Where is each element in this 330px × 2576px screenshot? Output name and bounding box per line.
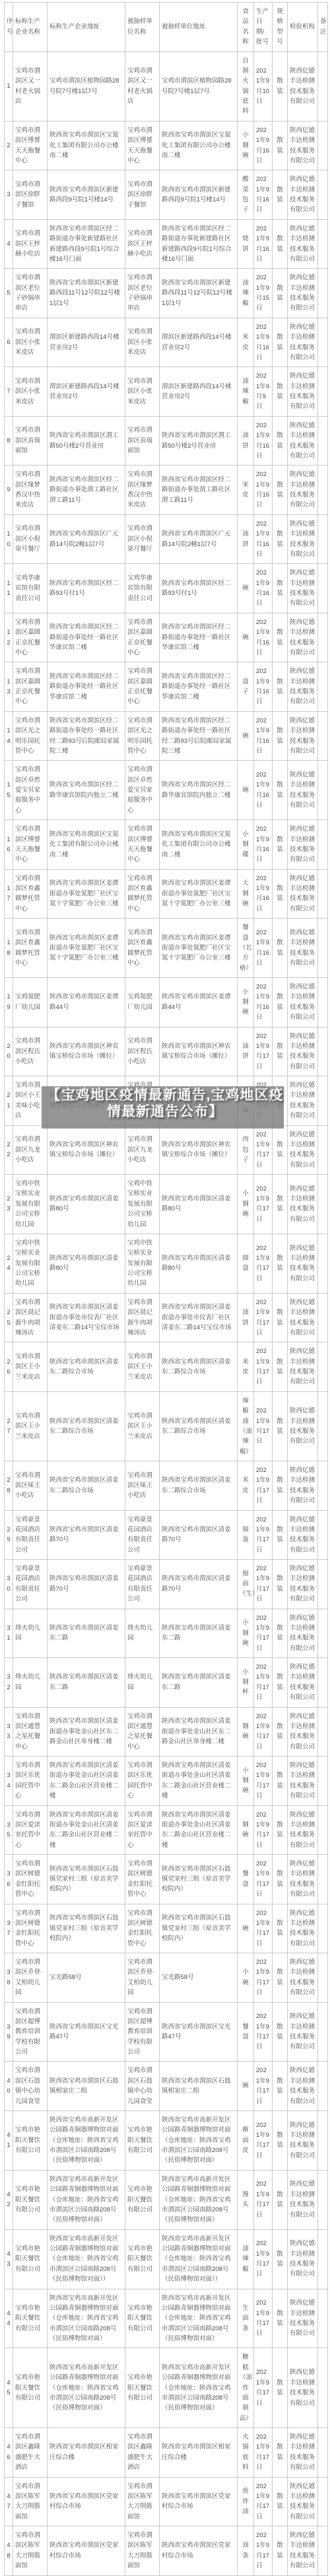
cell-sampled: 宝鸡市渭滨区晨记源牛肉胡辣汤店: [125, 1293, 160, 1342]
cell-agency: 陕西亿德丰达检测技术服务有限公司: [288, 1175, 318, 1234]
cell-sampled_addr: 陕西省宝鸡市高新开发区公园路青铜器博物馆对面（仓库地址：陕西省宝鸡市渭滨区公园南…: [160, 2229, 238, 2289]
cell-producer_addr: 陕西省宝鸡市渭滨区石鼓镇党家村三组（原音美学校院内）: [48, 1855, 125, 1904]
cell-date: 2021年9月16日: [254, 711, 273, 761]
cell-producer_addr: 陕西省宝鸡市渭滨区广元路14号院2幢1层7号: [48, 514, 125, 564]
cell-producer_addr: 陕西省宝鸡市渭滨区神农镇宝桥综合市场（摊位）: [48, 1027, 125, 1076]
watermark: 【宝鸡地区疫情最新通告,宝鸡地区疫 情最新通告公布】: [0, 1087, 330, 1120]
cell-spec: 散装: [273, 761, 288, 820]
cell-date: 2021年9月17日: [254, 2348, 273, 2428]
cell-no: 28: [5, 1461, 13, 1511]
cell-producer_addr: 陕西省宝鸡市渭滨区姜谭路44号: [48, 978, 125, 1027]
cell-spec: 散装: [273, 1461, 288, 1511]
cell-no: 48: [5, 2526, 13, 2576]
cell-sampled: 宝鸡市渭滨区味王小吃店: [125, 1461, 160, 1511]
cell-spec: 散装: [273, 1293, 288, 1342]
table-row: 40宝鸡市渭滨区石鼓镇中心幼儿园食堂陕西省宝鸡市渭滨区石鼓镇相家庄二组宝鸡市渭滨…: [5, 2062, 328, 2111]
cell-agency: 陕西亿德丰达检测技术服务有限公司: [288, 761, 318, 820]
cell-date: 2021年9月16日: [254, 416, 273, 466]
cell-remark: [318, 1125, 328, 1175]
cell-date: 2021年9月17日: [254, 2170, 273, 2229]
cell-sampled: 宝鸡市渭滨区乐优园托管中心: [125, 1757, 160, 1806]
cell-date: 2021年9月17日: [254, 1953, 273, 2003]
cell-producer: 宝鸡市渭滨区缘梦香汉中热米皮店: [13, 466, 48, 515]
cell-agency: 陕西亿德丰达检测技术服务有限公司: [288, 2170, 318, 2229]
table-row: 45宝鸡市艳阳天餐饮有限公司陕西省宝鸡市高新开发区公园路青铜器博物馆对面（仓库地…: [5, 2348, 328, 2428]
cell-sampled_addr: 陕西省宝鸡市渭滨区清姜街道办事处金山社区清姜东二路金山社区营业楼二楼: [160, 1805, 238, 1855]
cell-no: 43: [5, 2229, 13, 2289]
cell-agency: 陕西亿德丰达检测技术服务有限公司: [288, 1953, 318, 2003]
cell-spec: 散装: [273, 52, 288, 121]
cell-spec: 散装: [273, 1707, 288, 1757]
cell-sampled: 宝鸡市渭滨区育鑫圆梦托管中心: [125, 919, 160, 978]
cell-agency: 陕西亿德丰达检测技术服务有限公司: [288, 52, 318, 121]
cell-agency: 陕西亿德丰达检测技术服务有限公司: [288, 121, 318, 170]
cell-agency: 陕西亿德丰达检测技术服务有限公司: [288, 367, 318, 417]
cell-remark: [318, 52, 328, 121]
cell-producer_addr: 陕西省宝鸡市渭滨区经二路街道办事处新建路社区新建路西段9号院1号综合楼16号门面: [48, 219, 125, 269]
cell-no: 2: [5, 121, 13, 170]
cell-no: 37: [5, 1904, 13, 1953]
table-row: 1宝鸡市渭滨区又一村老火锅店宝鸡市渭滨区植物园路28号院7号楼1层7号宝鸡市渭滨…: [5, 52, 328, 121]
cell-sampled: 宝鸡市艳阳天餐饮有限公司: [125, 2170, 160, 2229]
cell-remark: [318, 2062, 328, 2111]
cell-producer: 宝鸡市渭滨区通慧之星托餐中心: [13, 1707, 48, 1757]
cell-sampled: 宝鸡中铁宝桥实业发展有限公司宝桥幼儿园: [125, 1175, 160, 1234]
header-date: 生产日期/批号: [254, 3, 273, 52]
cell-food: 大钢碗: [238, 869, 254, 919]
cell-no: 38: [5, 1953, 13, 2003]
cell-spec: 散装: [273, 919, 288, 978]
cell-remark: [318, 2526, 328, 2576]
cell-producer: 宝鸡市艳阳天餐饮有限公司: [13, 2170, 48, 2229]
cell-producer: 宝鸡市渭滨区博赟天天拖餐中心: [13, 820, 48, 870]
cell-sampled: 宝鸡市渭滨区陈军大刀削筋面馆: [125, 2477, 160, 2526]
cell-agency: 陕西亿德丰达检测技术服务有限公司: [288, 416, 318, 466]
cell-spec: 散装: [273, 1560, 288, 1609]
cell-sampled: 宝鸡市渭滨区陈军大刀削筋面馆: [125, 2526, 160, 2576]
table-row: 20宝鸡市渭滨区程氏小吃店陕西省宝鸡市渭滨区神农镇宝桥综合市场（摊位）宝鸡市渭滨…: [5, 1027, 328, 1076]
cell-agency: 陕西亿德丰达检测技术服务有限公司: [288, 2477, 318, 2526]
cell-producer_addr: 陕西省宝鸡市渭滨区宝光路47号: [48, 2002, 125, 2062]
cell-agency: 陕西亿德丰达检测技术服务有限公司: [288, 2428, 318, 2478]
cell-food: 锅盔: [238, 1510, 254, 1560]
cell-sampled: 宝鸡华康宾馆有限责任公司: [125, 564, 160, 613]
cell-sampled: 宝鸡氮肥厂幼儿园: [125, 978, 160, 1027]
cell-remark: [318, 1855, 328, 1904]
cell-remark: [318, 367, 328, 417]
table-row: 15宝鸡市渭滨区卓然爱宝贝家庭服务中心陕西省宝鸡市渭滨区经二路华康宾馆院内独立二…: [5, 761, 328, 820]
cell-spec: 散装: [273, 820, 288, 870]
cell-date: 2021年9月17日: [254, 2526, 273, 2576]
table-row: 25宝鸡市渭滨区晨记源牛肉胡辣汤店陕西省宝鸡市渭滨区清姜街道办事处市仪表厂社区清…: [5, 1293, 328, 1342]
cell-remark: [318, 170, 328, 220]
cell-date: 2021年9月16日: [254, 318, 273, 367]
cell-date: 2021年9月17日: [254, 1707, 273, 1757]
table-row: 2宝鸡市渭滨区博赟天天拖餐中心陕西省宝鸡市渭滨区宝氮化工集团有限公司办公楼南二楼…: [5, 121, 328, 170]
cell-remark: [318, 1707, 328, 1757]
cell-remark: [318, 416, 328, 466]
cell-producer: 宝鸡市渭滨区陈军大刀削筋面馆: [13, 2477, 48, 2526]
cell-sampled_addr: 陕西省宝鸡市渭滨区神农镇宝桥综合市场（摊位）: [160, 1125, 238, 1175]
cell-producer_addr: 陕西省宝鸡市渭滨区姜谭街道办事处氮肥厂社区宝氮十字氮肥厂办公室三楼: [48, 919, 125, 978]
cell-date: 2021年9月17日: [254, 2477, 273, 2526]
cell-food: 米皮: [238, 318, 254, 367]
cell-no: 18: [5, 919, 13, 978]
cell-producer: 宝鸡市渭滨区树德金红阳托管中心: [13, 1855, 48, 1904]
cell-producer: 烽火幼儿园: [13, 1658, 48, 1708]
cell-agency: 陕西亿德丰达检测技术服务有限公司: [288, 219, 318, 269]
cell-spec: 散装: [273, 219, 288, 269]
cell-sampled_addr: 陕西省宝鸡市渭滨区清姜街道办事处市仪表厂社区清姜东二路14号宝仪市场: [160, 1293, 238, 1342]
cell-sampled: 宝鸡市渭滨区树德金红阳托管中心: [125, 1904, 160, 1953]
table-row: 35宝鸡市渭滨区爱读室托管中心陕西省宝鸡市渭滨区清姜街道办事处金山社区清姜东二路…: [5, 1805, 328, 1855]
cell-agency: 陕西亿德丰达检测技术服务有限公司: [288, 1757, 318, 1806]
cell-producer_addr: 宝光路58号: [48, 1953, 125, 2003]
cell-agency: 陕西亿德丰达检测技术服务有限公司: [288, 2526, 318, 2576]
cell-no: 47: [5, 2477, 13, 2526]
table-row: 5宝鸡市渭滨区老位子砂锅串串店陕西省宝鸡市渭滨区新建路西段11号12号院12号楼…: [5, 269, 328, 318]
cell-spec: 散装: [273, 564, 288, 613]
cell-date: 2021年9月17日: [254, 1855, 273, 1904]
table-row: 38宝鸡市渭滨区乔登·艾柏幼儿园宝光路58号宝鸡市渭滨区乔登·艾柏幼儿园宝光路5…: [5, 1953, 328, 2003]
cell-date: 2021年9月17日: [254, 1609, 273, 1658]
cell-no: 16: [5, 820, 13, 870]
cell-food: 生面条: [238, 2289, 254, 2348]
cell-remark: [318, 1953, 328, 2003]
cell-sampled: 宝鸡市渭滨区小倪柒号餐厅: [125, 514, 160, 564]
cell-remark: [318, 1175, 328, 1234]
cell-no: 42: [5, 2170, 13, 2229]
cell-producer: 宝鸡中铁宝桥实业发展有限公司宝桥幼儿园: [13, 1175, 48, 1234]
cell-producer_addr: 陕西省宝鸡市渭滨区清姜路80号: [48, 1175, 125, 1234]
cell-no: 40: [5, 2062, 13, 2111]
cell-producer_addr: 陕西省宝鸡市渭滨区清姜东二路综合市场: [48, 1461, 125, 1511]
cell-sampled: 宝鸡市渭滨区博赟天天拖餐中心: [125, 121, 160, 170]
cell-agency: 陕西亿德丰达检测技术服务有限公司: [288, 820, 318, 870]
cell-sampled_addr: 陕西省宝鸡市渭滨区清姜东二路: [160, 1609, 238, 1658]
cell-remark: [318, 2477, 328, 2526]
cell-producer_addr: 陕西省宝鸡市渭滨区石鼓镇党家村三组（原音美学校院内）: [48, 1904, 125, 1953]
cell-sampled_addr: 陕西省宝鸡市渭滨区经二路街道办事处经一路社区华康宾馆二楼: [160, 662, 238, 712]
header-producer: 标称生产企业名称: [13, 3, 48, 52]
cell-date: 2021年9月17日: [254, 1510, 273, 1560]
cell-food: 油条: [238, 2526, 254, 2576]
cell-no: 46: [5, 2428, 13, 2478]
cell-sampled_addr: 陕西省宝鸡市渭滨区党家村综合市场: [160, 2526, 238, 2576]
cell-remark: [318, 2229, 328, 2289]
cell-remark: [318, 2170, 328, 2229]
cell-no: 12: [5, 613, 13, 662]
cell-remark: [318, 2428, 328, 2478]
cell-food: 擀面皮: [238, 2110, 254, 2170]
cell-date: 2021年9月17日: [254, 1125, 273, 1175]
cell-food: 米皮: [238, 1461, 254, 1511]
cell-remark: [318, 466, 328, 515]
cell-food: 盘子: [238, 662, 254, 712]
cell-producer: 宝鸡市渭滨区博赟天天拖餐中心: [13, 121, 48, 170]
cell-producer_addr: 陕西省宝鸡市渭滨区清姜路80号: [48, 1234, 125, 1293]
cell-date: 2021年9月17日: [254, 1658, 273, 1708]
cell-spec: 散装: [273, 2002, 288, 2062]
cell-no: 35: [5, 1805, 13, 1855]
cell-producer_addr: 陕西省宝鸡市渭滨区清姜路70号: [48, 1560, 125, 1609]
table-row: 3宝鸡市渭滨区徐胖子餐馆陕西省宝鸡市渭滨区新建路西段9号院1号楼14号宝鸡市渭滨…: [5, 170, 328, 220]
cell-remark: [318, 869, 328, 919]
table-row: 22宝鸡市渭滨区九龙小吃店陕西省宝鸡市渭滨区神农镇宝桥综合市场（摊位）宝鸡市渭滨…: [5, 1125, 328, 1175]
cell-agency: 陕西亿德丰达检测技术服务有限公司: [288, 1707, 318, 1757]
cell-producer_addr: 陕西省宝鸡市高新开发区公园路青铜器博物馆对面（仓库地址：陕西省宝鸡市渭滨区公园南…: [48, 2110, 125, 2170]
cell-no: 19: [5, 978, 13, 1027]
cell-no: 9: [5, 466, 13, 515]
cell-food: 碗: [238, 711, 254, 761]
cell-agency: 陕西亿德丰达检测技术服务有限公司: [288, 919, 318, 978]
cell-producer: 宝鸡市渭滨区爱读室托管中心: [13, 1805, 48, 1855]
cell-sampled: 宝鸡市渭滨区石鼓镇中心幼儿园食堂: [125, 2062, 160, 2111]
cell-spec: 散装: [273, 662, 288, 712]
cell-sampled: 宝鸡市渭滨区超博教育培训学校有限公司: [125, 2002, 160, 2062]
table-row: 32烽火幼儿园陕西省宝鸡市渭滨区清姜东二路烽火幼儿园陕西省宝鸡市渭滨区清姜东二路…: [5, 1658, 328, 1708]
cell-producer: 宝鸡市渭滨区又一村老火锅店: [13, 52, 48, 121]
cell-remark: [318, 219, 328, 269]
cell-sampled: 宝鸡市艳阳天餐饮有限公司: [125, 2289, 160, 2348]
cell-producer_addr: 陕西省宝鸡市渭滨区清姜路70号: [48, 1510, 125, 1560]
cell-food: 糖糕（油炸面制品）: [238, 2348, 254, 2428]
cell-sampled: 宝鸡市渭滨区又一村老火锅店: [125, 52, 160, 121]
cell-agency: 陕西亿德丰达检测技术服务有限公司: [288, 1510, 318, 1560]
cell-sampled_addr: 陕西省宝鸡市渭滨区石鼓镇相家庄二组: [160, 2062, 238, 2111]
cell-sampled: 烽火幼儿园: [125, 1658, 160, 1708]
cell-sampled_addr: 陕西省宝鸡市高新开发区公园路青铜器博物馆对面（仓库地址：陕西省宝鸡市渭滨区公园南…: [160, 2110, 238, 2170]
cell-sampled_addr: 陕西省宝鸡市渭滨区清姜路70号: [160, 1560, 238, 1609]
cell-remark: [318, 514, 328, 564]
cell-sampled: 宝鸡市艳阳天餐饮有限公司: [125, 2110, 160, 2170]
cell-producer: 宝鸡市渭滨区卓然爱宝贝家庭服务中心: [13, 761, 48, 820]
cell-agency: 陕西亿德丰达检测技术服务有限公司: [288, 1658, 318, 1708]
cell-producer: 宝鸡市渭滨区乐优园托管中心: [13, 1757, 48, 1806]
cell-remark: [318, 1904, 328, 1953]
cell-sampled: 宝鸡市渭滨区光之明乐园托管中心: [125, 711, 160, 761]
cell-producer_addr: 陕西省宝鸡市高新开发区公园路青铜器博物馆对面（仓库地址：陕西省宝鸡市渭滨区公园南…: [48, 2170, 125, 2229]
cell-sampled: 烽火幼儿园: [125, 1609, 160, 1658]
cell-producer: 宝鸡市渭滨区乔登·艾柏幼儿园: [13, 1953, 48, 2003]
cell-producer: 宝鸡市渭滨区陈军大刀削筋面馆: [13, 2526, 48, 2576]
cell-sampled_addr: 陕西省宝鸡市渭滨区石鼓镇党家村三组（原音美学校院内）: [160, 1855, 238, 1904]
cell-sampled_addr: 陕西省宝鸡市渭滨区姜谭街道办事处氮肥厂社区宝氮十字氮肥厂办公室三楼: [160, 869, 238, 919]
cell-producer_addr: 陕西省宝鸡市渭滨区经二路街道办事处经一路社区华康宾馆二楼: [48, 613, 125, 662]
cell-producer_addr: 陕西省宝鸡市渭滨区姜谭街道办事处氮肥厂社区宝氮十字氮肥厂办公室三楼: [48, 869, 125, 919]
table-row: 16宝鸡市渭滨区博赟天天拖餐中心陕西省宝鸡市渭滨区宝氮化工集团有限公司办公楼南二…: [5, 820, 328, 870]
cell-sampled_addr: 宝光路58号: [160, 1953, 238, 2003]
cell-no: 6: [5, 318, 13, 367]
cell-remark: [318, 1293, 328, 1342]
cell-sampled_addr: 渭滨区新建路西段14号楼营业房2号: [160, 367, 238, 417]
cell-remark: [318, 1342, 328, 1392]
cell-sampled: 宝鸡市渭滨区缘梦香汉中热米皮店: [125, 466, 160, 515]
table-row: 29宝鸡豪景花园酒店有限责任公司陕西省宝鸡市渭滨区清姜路70号宝鸡豪景花园酒店有…: [5, 1510, 328, 1560]
cell-food: 油饼: [238, 1293, 254, 1342]
cell-producer_addr: 陕西省宝鸡市高新开发区公园路青铜器博物馆对面（仓库地址：陕西省宝鸡市渭滨区公园南…: [48, 2289, 125, 2348]
cell-sampled: 宝鸡市渭滨区老位子砂锅串串店: [125, 269, 160, 318]
cell-date: 2021年9月17日: [254, 1342, 273, 1392]
cell-producer: 宝鸡市渭滨区小张米皮店: [13, 318, 48, 367]
cell-food: 钢碗: [238, 1707, 254, 1757]
cell-sampled_addr: 陕西省宝鸡市渭滨区清姜东二路综合市场: [160, 1391, 238, 1461]
cell-sampled_addr: 陕西省宝鸡市渭滨区经二路街道办事处新建路社区新建路西段9号院1号综合楼16号门面: [160, 219, 238, 269]
cell-producer_addr: 陕西省宝鸡市渭滨区清姜街道办事处金山社区清姜东二路金山社区营业楼二楼: [48, 1757, 125, 1806]
header-sampled_addr: 被抽样单位地址: [160, 3, 238, 52]
cell-producer_addr: 陕西省宝鸡市渭滨区经二路街道办事处渭工路社区渭工路11号: [48, 466, 125, 515]
cell-food: 米皮: [238, 466, 254, 515]
cell-producer: 宝鸡市渭滨区小张米皮店: [13, 367, 48, 417]
cell-date: 2021年9月17日: [254, 1461, 273, 1511]
cell-sampled: 宝鸡市渭滨区育鑫圆梦托管中心: [125, 869, 160, 919]
cell-no: 24: [5, 1234, 13, 1293]
cell-food: 馒头: [238, 2170, 254, 2229]
cell-producer_addr: 陕西省宝鸡市渭滨区经二路街道办事处经一路社区华康宾馆二楼: [48, 662, 125, 712]
cell-sampled: 宝鸡豪景花园酒店有限责任公司: [125, 1510, 160, 1560]
cell-sampled_addr: 陕西省宝鸡市渭滨区经二路街道办事处经一路社区华康宾馆二楼: [160, 613, 238, 662]
cell-spec: 散装: [273, 318, 288, 367]
cell-sampled: 宝鸡市渭滨区卓然爱宝贝家庭服务中心: [125, 761, 160, 820]
table-row: 41宝鸡市艳阳天餐饮有限公司陕西省宝鸡市高新开发区公园路青铜器博物馆对面（仓库地…: [5, 2110, 328, 2170]
cell-food: 自制火锅底料: [238, 52, 254, 121]
cell-sampled_addr: 陕西省宝鸡市渭滨区清姜街道办事处金山社区清姜东二路金山社区营业楼二楼: [160, 1757, 238, 1806]
cell-date: 2021年9月16日: [254, 170, 273, 220]
cell-remark: [318, 1027, 328, 1076]
cell-spec: 散装: [273, 1904, 288, 1953]
table-row: 7宝鸡市渭滨区小张米皮店渭滨区新建路西段14号楼营业房2号宝鸡市渭滨区小张米皮店…: [5, 367, 328, 417]
cell-date: 2021年9月17日: [254, 1391, 273, 1461]
cell-no: 25: [5, 1293, 13, 1342]
cell-producer_addr: 陕西省宝鸡市渭滨区党家村综合市场: [48, 2477, 125, 2526]
cell-producer_addr: 陕西省宝鸡市渭滨区清姜街道办事处金山社区东二路金山社区单身楼二楼: [48, 1707, 125, 1757]
cell-food: 碗: [238, 1904, 254, 1953]
cell-no: 45: [5, 2348, 13, 2428]
cell-sampled: 宝鸡市渭滨区徐胖子餐馆: [125, 170, 160, 220]
header-producer_addr: 标称生产企业地址: [48, 3, 125, 52]
cell-food: 煎炸油: [238, 2477, 254, 2526]
table-row: 42宝鸡市艳阳天餐饮有限公司陕西省宝鸡市高新开发区公园路青铜器博物馆对面（仓库地…: [5, 2170, 328, 2229]
cell-agency: 陕西亿德丰达检测技术服务有限公司: [288, 1805, 318, 1855]
cell-producer_addr: 陕西省宝鸡市渭滨区石鼓镇相家庄二组: [48, 2062, 125, 2111]
cell-remark: [318, 564, 328, 613]
header-spec: 规格型号: [273, 3, 288, 52]
cell-date: 2021年9月10日: [254, 52, 273, 121]
table-row: 47宝鸡市渭滨区陈军大刀削筋面馆陕西省宝鸡市渭滨区党家村综合市场宝鸡市渭滨区陈军…: [5, 2477, 328, 2526]
cell-producer_addr: 陕西省宝鸡市渭滨区清姜东二路综合市场: [48, 1391, 125, 1461]
cell-spec: 散装: [273, 121, 288, 170]
cell-spec: 散装: [273, 1342, 288, 1392]
cell-producer: 宝鸡市渭滨区王小兰米皮店: [13, 1391, 48, 1461]
cell-agency: 陕西亿德丰达检测技术服务有限公司: [288, 1391, 318, 1461]
cell-producer: 宝鸡市渭滨区苗瑞面馆: [13, 416, 48, 466]
cell-agency: 陕西亿德丰达检测技术服务有限公司: [288, 1342, 318, 1392]
cell-spec: 散装: [273, 711, 288, 761]
cell-sampled_addr: 陕西省宝鸡市渭滨区清姜街道办事处金山社区东二路金山社区单身楼二楼: [160, 1707, 238, 1757]
cell-sampled_addr: 陕西省宝鸡市渭滨区清姜路70号: [160, 1510, 238, 1560]
cell-spec: 散装: [273, 1757, 288, 1806]
cell-food: 油辣椒: [238, 367, 254, 417]
cell-food: 圆盘: [238, 1234, 254, 1293]
cell-sampled_addr: 陕西省宝鸡市高新开发区公园路青铜器博物馆对面（仓库地址：陕西省宝鸡市渭滨区公园南…: [160, 2289, 238, 2348]
cell-date: 2021年9月16日: [254, 613, 273, 662]
cell-sampled: 宝鸡市渭滨区嘉圆正京托餐中心: [125, 613, 160, 662]
table-row: 36宝鸡市渭滨区树德金红阳托管中心陕西省宝鸡市渭滨区石鼓镇党家村三组（原音美学校…: [5, 1855, 328, 1904]
table-row: 46宝鸡市渭滨区鑫隆盛肥牛大酒店陕西省宝鸡市渭滨区相家庄综合楼宝鸡市渭滨区鑫隆盛…: [5, 2428, 328, 2478]
cell-sampled: 宝鸡市渭滨区王梓赫小吃店: [125, 219, 160, 269]
cell-food: 小钢碗: [238, 121, 254, 170]
cell-spec: 散装: [273, 2229, 288, 2289]
table-row: 30宝鸡豪景花园酒店有限责任公司陕西省宝鸡市渭滨区清姜路70号宝鸡豪景花园酒店有…: [5, 1560, 328, 1609]
cell-sampled: 宝鸡中铁宝桥实业发展有限公司宝桥幼儿园: [125, 1234, 160, 1293]
header-no: 序号: [5, 3, 13, 52]
cell-date: 2021年9月16日: [254, 919, 273, 978]
cell-sampled_addr: 陕西省宝鸡市渭滨区经二路街道办事处经一路社区经二路93号后院邮局家属院三楼: [160, 711, 238, 761]
cell-no: 13: [5, 662, 13, 712]
cell-producer_addr: 陕西省宝鸡市渭滨区党家村综合市场: [48, 2526, 125, 2576]
cell-no: 5: [5, 269, 13, 318]
cell-no: 23: [5, 1175, 13, 1234]
cell-remark: [318, 1757, 328, 1806]
table-row: 13宝鸡市渭滨区嘉圆正京托餐中心陕西省宝鸡市渭滨区经二路街道办事处经一路社区华康…: [5, 662, 328, 712]
cell-no: 30: [5, 1560, 13, 1609]
cell-date: 2021年9月16日: [254, 978, 273, 1027]
cell-sampled: 宝鸡市渭滨区小张米皮店: [125, 367, 160, 417]
cell-date: 2021年9月9日: [254, 367, 273, 417]
cell-remark: [318, 613, 328, 662]
header-food: 食品名称: [238, 3, 254, 52]
cell-producer_addr: 陕西省宝鸡市高新开发区公园路青铜器博物馆对面（仓库地址：陕西省宝鸡市渭滨区公园南…: [48, 2348, 125, 2428]
cell-spec: 散装: [273, 2526, 288, 2576]
cell-date: 2021年9月17日: [254, 1027, 273, 1076]
cell-sampled_addr: 陕西省宝鸡市渭滨区姜谭街道办事处氮肥厂社区宝氮十字氮肥厂办公室三楼: [160, 919, 238, 978]
cell-remark: [318, 761, 328, 820]
cell-food: 肉包子: [238, 1125, 254, 1175]
cell-agency: 陕西亿德丰达检测技术服务有限公司: [288, 564, 318, 613]
table-header-row: 序号标称生产企业名称标称生产企业地址被抽样单位名称被抽样单位地址食品名称生产日期…: [5, 3, 328, 52]
cell-no: 36: [5, 1855, 13, 1904]
cell-agency: 陕西亿德丰达检测技术服务有限公司: [288, 1234, 318, 1293]
table-row: 8宝鸡市渭滨区苗瑞面馆陕西省宝鸡市渭滨区渭工路50号楼2号营业房宝鸡市渭滨区苗瑞…: [5, 416, 328, 466]
cell-food: 小钢碗: [238, 1175, 254, 1234]
cell-producer: 宝鸡市渭滨区石鼓镇中心幼儿园食堂: [13, 2062, 48, 2111]
cell-sampled_addr: 陕西省宝鸡市渭滨区宝光路47号: [160, 2002, 238, 2062]
cell-sampled_addr: 陕西省宝鸡市渭滨区清姜路80号: [160, 1234, 238, 1293]
table-row: 34宝鸡市渭滨区乐优园托管中心陕西省宝鸡市渭滨区清姜街道办事处金山社区清姜东二路…: [5, 1757, 328, 1806]
cell-agency: 陕西亿德丰达检测技术服务有限公司: [288, 2229, 318, 2289]
cell-spec: 散装: [273, 466, 288, 515]
cell-producer: 宝鸡中铁宝桥实业发展有限公司宝桥幼儿园: [13, 1234, 48, 1293]
cell-producer_addr: 陕西省宝鸡市渭滨区经二路93号付1号: [48, 564, 125, 613]
cell-no: 8: [5, 416, 13, 466]
cell-producer: 宝鸡氮肥厂幼儿园: [13, 978, 48, 1027]
cell-producer_addr: 陕西省宝鸡市渭滨区清姜街道办事处金山社区清姜东二路金山社区营业楼二楼: [48, 1805, 125, 1855]
watermark-line-2: 情最新通告公布】: [0, 1103, 330, 1120]
watermark-line-1: 【宝鸡地区疫情最新通告,宝鸡地区疫: [0, 1087, 330, 1103]
cell-spec: 散装: [273, 1953, 288, 2003]
cell-remark: [318, 1658, 328, 1708]
cell-date: 2021年9月17日: [254, 2002, 273, 2062]
cell-producer_addr: 陕西省宝鸡市渭滨区渭工路50号楼2号营业房: [48, 416, 125, 466]
table-row: 44宝鸡市艳阳天餐饮有限公司陕西省宝鸡市高新开发区公园路青铜器博物馆对面（仓库地…: [5, 2289, 328, 2348]
table-row: 9宝鸡市渭滨区缘梦香汉中热米皮店陕西省宝鸡市渭滨区经二路街道办事处渭工路社区渭工…: [5, 466, 328, 515]
cell-agency: 陕西亿德丰达检测技术服务有限公司: [288, 711, 318, 761]
cell-sampled: 宝鸡市渭滨区程氏小吃店: [125, 1027, 160, 1076]
cell-remark: [318, 1560, 328, 1609]
cell-food: 油饼: [238, 416, 254, 466]
table-row: 17宝鸡市渭滨区育鑫圆梦托管中心陕西省宝鸡市渭滨区姜谭街道办事处氮肥厂社区宝氮十…: [5, 869, 328, 919]
cell-remark: [318, 711, 328, 761]
